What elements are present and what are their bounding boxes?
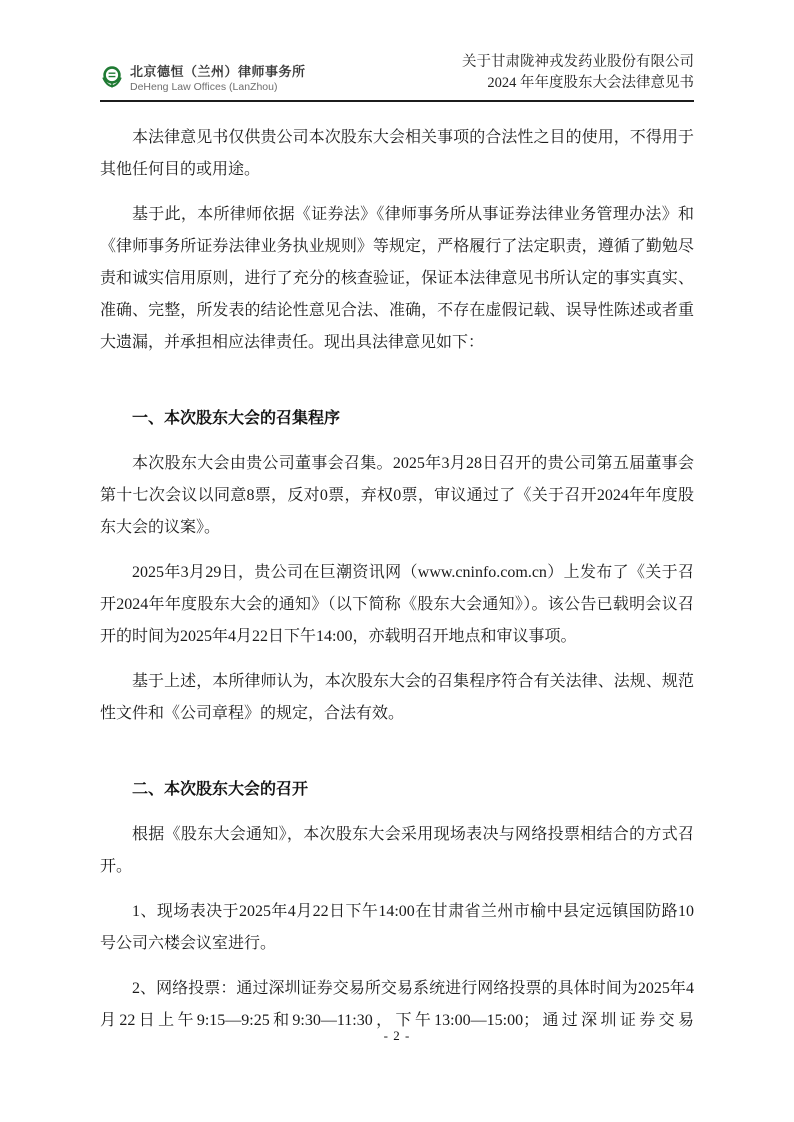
paragraph-intro-2: 基于此，本所律师依据《证券法》《律师事务所从事证券法律业务管理办法》和《律师事务… (100, 199, 694, 359)
paragraph-intro-1: 本法律意见书仅供贵公司本次股东大会相关事项的合法性之目的使用，不得用于其他任何目… (100, 122, 694, 186)
document-title: 关于甘肃陇神戎发药业股份有限公司 2024 年年度股东大会法律意见书 (462, 52, 694, 94)
firm-name-block: 北京德恒（兰州）律师事务所 DeHeng Law Offices (LanZho… (130, 64, 306, 94)
section1-paragraph-2: 2025年3月29日，贵公司在巨潮资讯网（www.cninfo.com.cn）上… (100, 557, 694, 653)
firm-name-zh: 北京德恒（兰州）律师事务所 (130, 64, 306, 80)
section1-paragraph-3: 基于上述，本所律师认为，本次股东大会的召集程序符合有关法律、法规、规范性文件和《… (100, 666, 694, 730)
firm-name-en: DeHeng Law Offices (LanZhou) (130, 80, 306, 94)
section2-paragraph-1: 根据《股东大会通知》，本次股东大会采用现场表决与网络投票相结合的方式召开。 (100, 819, 694, 883)
page-number: - 2 - (0, 1028, 794, 1044)
document-page: 北京德恒（兰州）律师事务所 DeHeng Law Offices (LanZho… (0, 0, 794, 1122)
page-header: 北京德恒（兰州）律师事务所 DeHeng Law Offices (LanZho… (100, 52, 694, 102)
section1-paragraph-1: 本次股东大会由贵公司董事会召集。2025年3月28日召开的贵公司第五届董事会第十… (100, 448, 694, 544)
deheng-seal-icon (100, 64, 124, 90)
matter-line-2: 2024 年年度股东大会法律意见书 (462, 73, 694, 94)
matter-line-1: 关于甘肃陇神戎发药业股份有限公司 (462, 52, 694, 73)
section-heading-2: 二、本次股东大会的召开 (100, 774, 694, 806)
document-body: 本法律意见书仅供贵公司本次股东大会相关事项的合法性之目的使用，不得用于其他任何目… (100, 122, 694, 1037)
firm-identity: 北京德恒（兰州）律师事务所 DeHeng Law Offices (LanZho… (100, 64, 306, 94)
section-heading-1: 一、本次股东大会的召集程序 (100, 403, 694, 435)
section2-paragraph-2: 1、现场表决于2025年4月22日下午14:00在甘肃省兰州市榆中县定远镇国防路… (100, 896, 694, 960)
